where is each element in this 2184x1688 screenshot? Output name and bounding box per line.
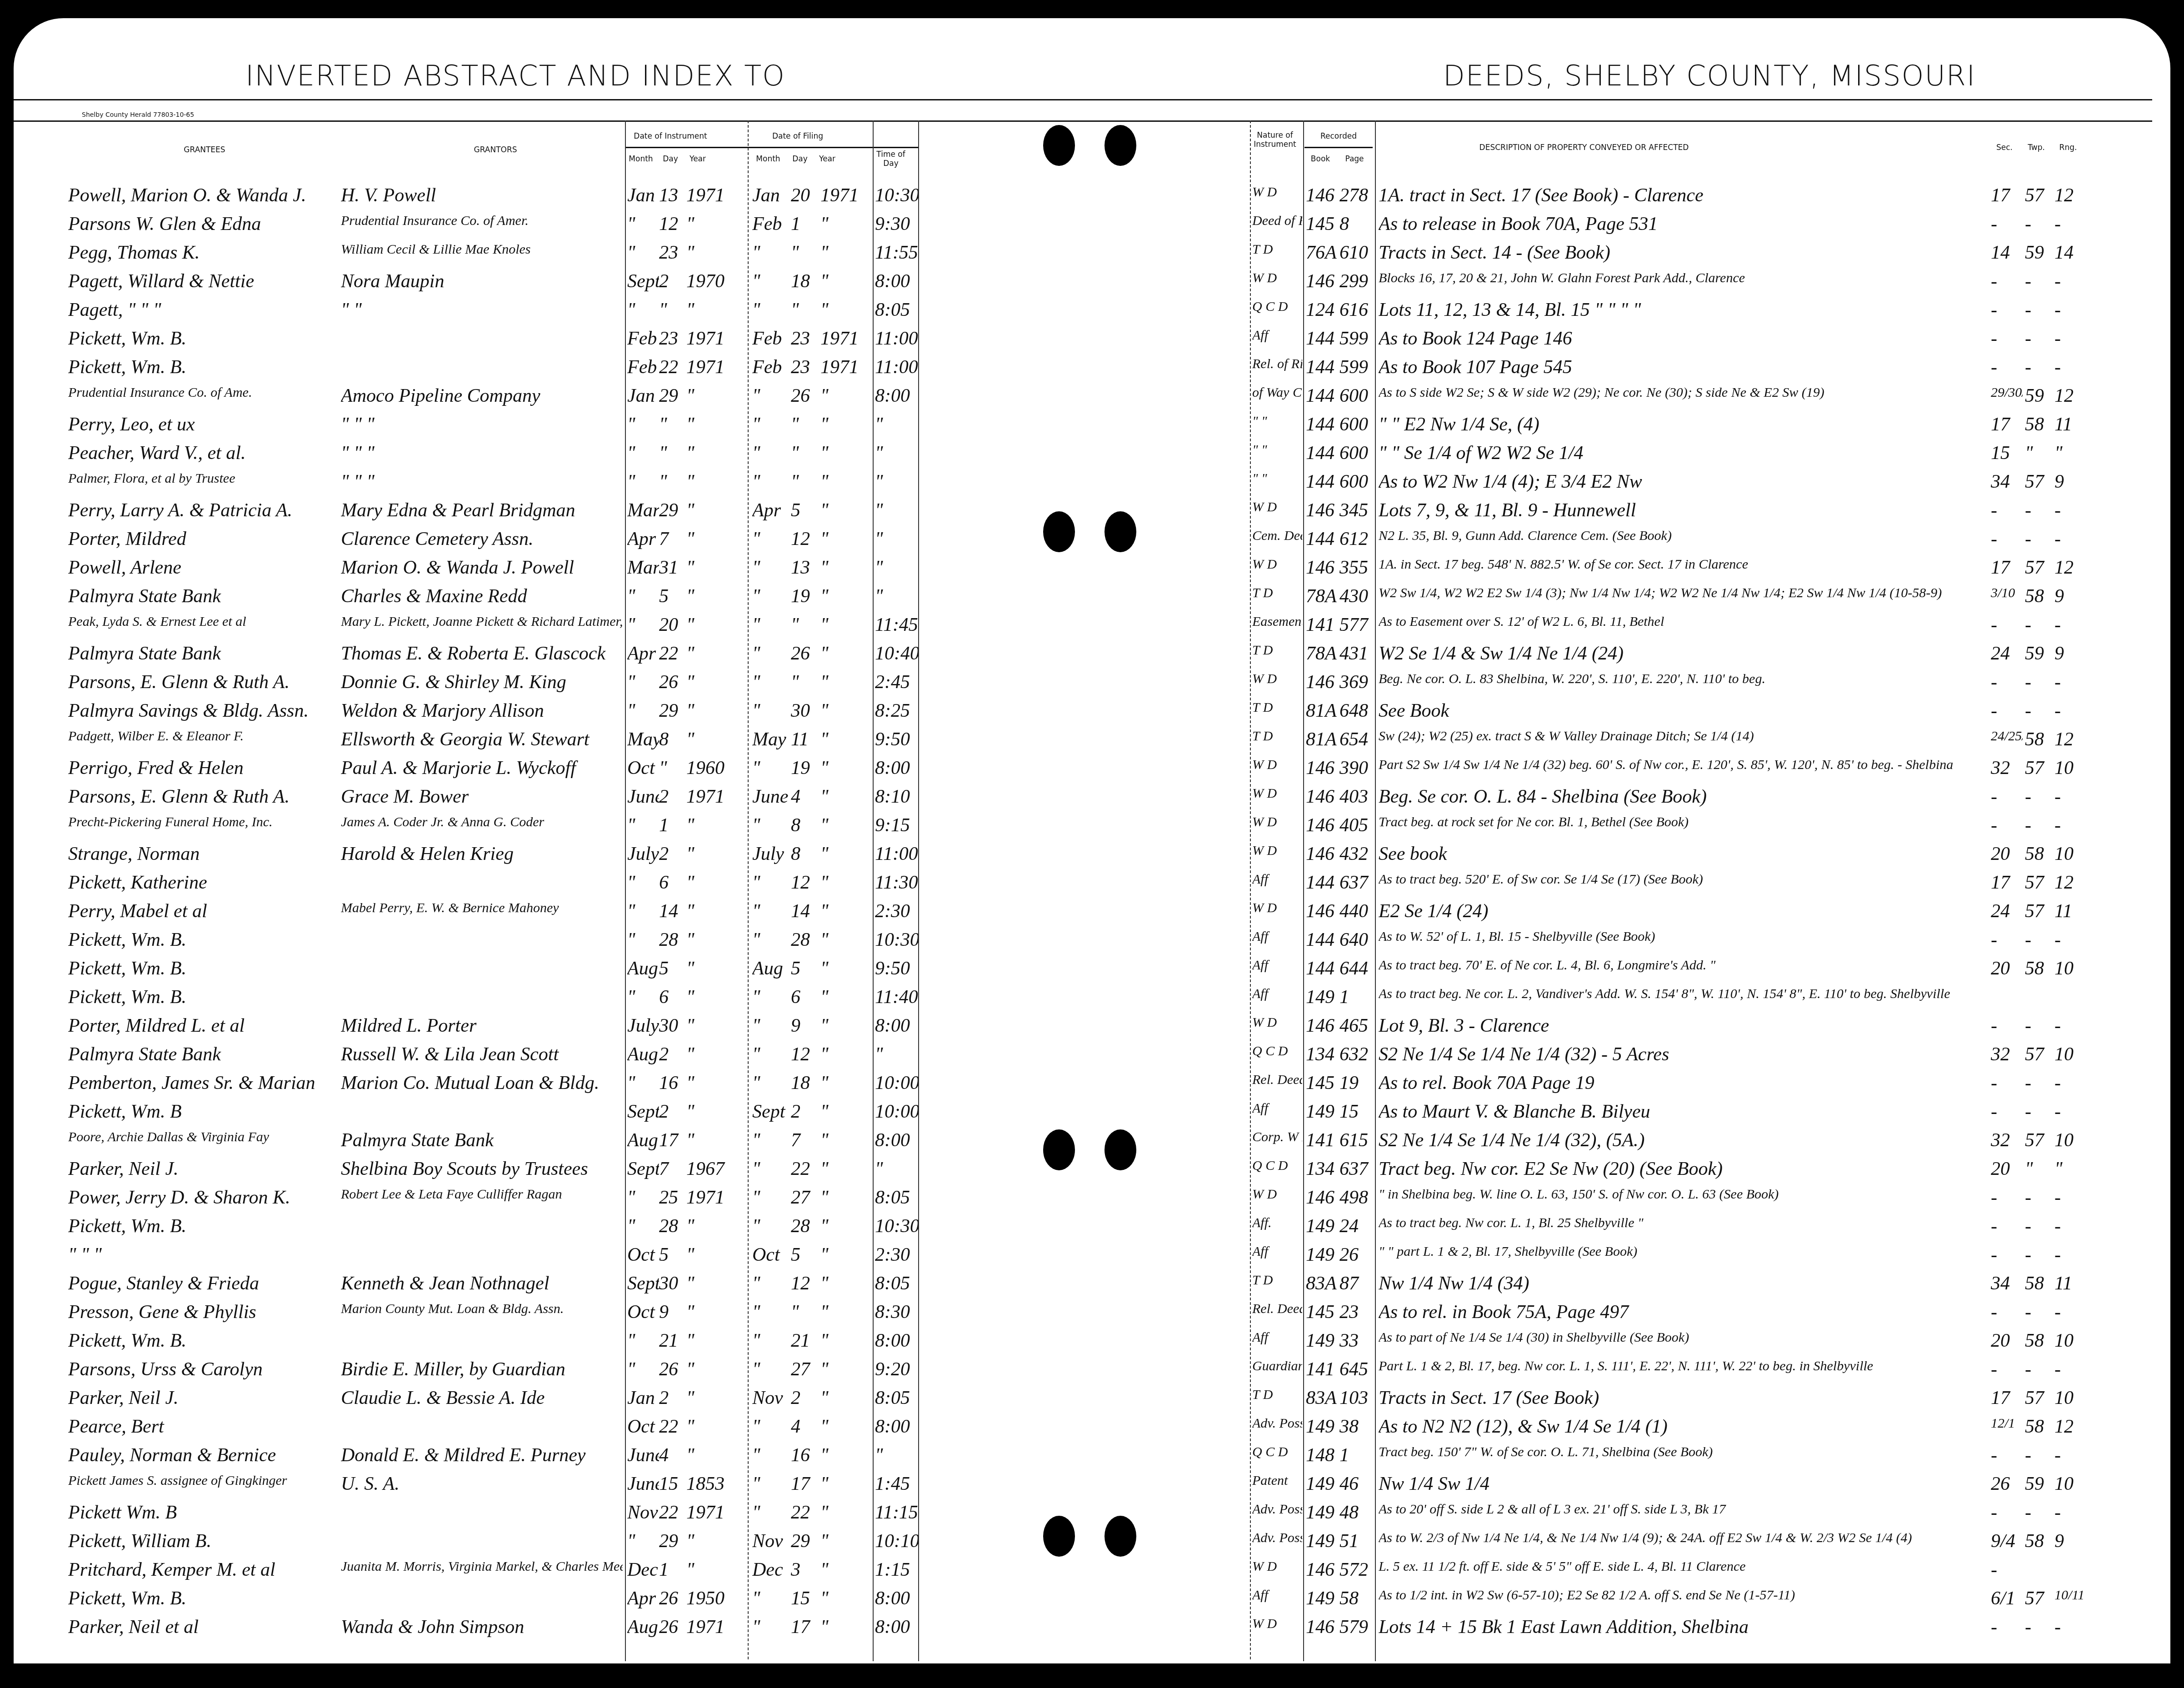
nature-of-instrument: Rel. Deed [1252, 1301, 1302, 1317]
grantee-cell: Perry, Leo, et ux [68, 414, 336, 435]
property-description: Nw 1/4 Sw 1/4 [1379, 1473, 1988, 1495]
instrument-year: 1960 [686, 757, 745, 779]
book-number: 141 [1306, 614, 1338, 636]
grantee-cell: Presson, Gene & Phyllis [68, 1301, 336, 1323]
time-of-day: 1:45 [875, 1473, 918, 1495]
range: - [2054, 213, 2086, 235]
range: 9 [2054, 1530, 2086, 1552]
binder-hole [1043, 125, 1075, 166]
page-number: 46 [1339, 1473, 1374, 1495]
time-of-day: 1:15 [875, 1559, 918, 1581]
instrument-day: 8 [659, 729, 686, 750]
instrument-day: 1 [659, 814, 686, 836]
grantor-cell: Shelbina Boy Scouts by Trustees [341, 1158, 623, 1180]
section: 6/1 [1991, 1588, 2023, 1609]
table-row: Pickett Wm. BNov221971"22"11:15 [14, 1499, 1095, 1529]
township: 57 [2025, 900, 2052, 922]
grantee-cell: Parsons, E. Glenn & Ruth A. [68, 671, 336, 693]
nature-of-instrument: Rel. Deed [1252, 1072, 1302, 1088]
grantee-cell: Pauley, Norman & Bernice [68, 1444, 336, 1466]
range: 11 [2054, 900, 2086, 922]
time-of-day: 8:00 [875, 1588, 918, 1609]
filing-month: " [752, 528, 789, 550]
nature-of-instrument: W D [1252, 814, 1302, 830]
grantee-cell: Pickett, Wm. B. [68, 356, 336, 378]
nature-of-instrument: W D [1252, 757, 1302, 773]
table-row: Q C D1481Tract beg. 150' 7" W. of Se cor… [1089, 1442, 2170, 1472]
instrument-year: 1971 [686, 786, 745, 808]
table-row: Aff144644As to tract beg. 70' E. of Ne c… [1089, 955, 2170, 985]
instrument-day: 5 [659, 958, 686, 979]
filing-month: " [752, 1588, 789, 1609]
instrument-year: " [686, 700, 745, 722]
instrument-day: 29 [659, 700, 686, 722]
book-number: 145 [1306, 1301, 1338, 1323]
property-description: As to 20' off S. side L 2 & all of L 3 e… [1379, 1502, 1988, 1517]
section: - [1991, 1244, 2023, 1266]
filing-month: " [752, 1416, 789, 1438]
instrument-day: 13 [659, 185, 686, 206]
range: - [2054, 1444, 2086, 1466]
filing-month: " [752, 1273, 789, 1294]
time-of-day: " [875, 528, 918, 550]
table-row: Perry, Larry A. & Patricia A.Mary Edna &… [14, 497, 1095, 527]
time-of-day: 8:00 [875, 1616, 918, 1638]
page-number: 58 [1339, 1588, 1374, 1609]
instrument-day: 29 [659, 499, 686, 521]
filing-day: 6 [791, 986, 818, 1008]
filing-year: " [820, 1616, 870, 1638]
filing-day: 12 [791, 872, 818, 894]
filing-year: " [820, 1158, 870, 1180]
filing-year: " [820, 213, 870, 235]
range: 10 [2054, 958, 2086, 979]
instrument-day: 26 [659, 1588, 686, 1609]
instrument-year: " [686, 299, 745, 321]
table-row: Perry, Mabel et alMabel Perry, E. W. & B… [14, 898, 1095, 928]
table-row: Palmyra State BankRussell W. & Lila Jean… [14, 1041, 1095, 1071]
instrument-year: " [686, 1330, 745, 1352]
book-number: 76A [1306, 242, 1338, 264]
table-row: Pickett, Wm. BSept2"Sept2"10:00 [14, 1098, 1095, 1128]
section: - [1991, 1301, 2023, 1323]
section: - [1991, 1015, 2023, 1037]
grantor-cell: Weldon & Marjory Allison [341, 700, 623, 722]
inst-day-header: Day [657, 155, 684, 164]
filing-year: " [820, 843, 870, 865]
nature-of-instrument: W D [1252, 1015, 1302, 1030]
property-description: As to Maurt V. & Blanche B. Bilyeu [1379, 1101, 1988, 1123]
property-description: 1A. tract in Sect. 17 (See Book) - Clare… [1379, 185, 1988, 206]
instrument-day: " [659, 471, 686, 493]
nature-of-instrument: Aff [1252, 1588, 1302, 1603]
time-of-day: 8:00 [875, 1129, 918, 1151]
township: - [2025, 1444, 2052, 1466]
page-number: 600 [1339, 471, 1374, 493]
property-description: Blocks 16, 17, 20 & 21, John W. Glahn Fo… [1379, 270, 1988, 286]
township: 58 [2025, 729, 2052, 750]
property-description: As to W. 2/3 of Nw 1/4 Ne 1/4, & Ne 1/4 … [1379, 1530, 1988, 1546]
instrument-month: " [627, 1187, 659, 1209]
time-of-day: 8:30 [875, 1301, 918, 1323]
instrument-year: " [686, 1559, 745, 1581]
time-of-day: 11:15 [875, 1502, 918, 1523]
instrument-month: " [627, 414, 659, 435]
filing-month: " [752, 814, 789, 836]
filing-day: 8 [791, 814, 818, 836]
filing-year: " [820, 1588, 870, 1609]
page-number: 430 [1339, 585, 1374, 607]
filing-day: 17 [791, 1616, 818, 1638]
section: - [1991, 528, 2023, 550]
instrument-year: 1971 [686, 1616, 745, 1638]
time-of-day: 11:30 [875, 872, 918, 894]
property-description: As to tract beg. 70' E. of Ne cor. L. 4,… [1379, 958, 1988, 973]
township: - [2025, 270, 2052, 292]
table-row: " " "Oct5"Oct5"2:30 [14, 1241, 1095, 1271]
township: - [2025, 1358, 2052, 1380]
range: 11 [2054, 414, 2086, 435]
filing-year: " [820, 270, 870, 292]
instrument-month: " [627, 986, 659, 1008]
instrument-month: Apr [627, 1588, 659, 1609]
time-of-day: 2:45 [875, 671, 918, 693]
time-of-day: " [875, 1444, 918, 1466]
filing-year: " [820, 1559, 870, 1581]
time-of-day: 2:30 [875, 1244, 918, 1266]
filing-month: " [752, 1358, 789, 1380]
page-number: 577 [1339, 614, 1374, 636]
table-row: Perry, Leo, et ux" " """""""" [14, 411, 1095, 441]
page-number: 345 [1339, 499, 1374, 521]
page-number: 15 [1339, 1101, 1374, 1123]
township: 58 [2025, 843, 2052, 865]
page-number: 498 [1339, 1187, 1374, 1209]
instrument-day: 7 [659, 528, 686, 550]
township: - [2025, 1072, 2052, 1094]
table-row: Adv. Poss. Aff.14951As to W. 2/3 of Nw 1… [1089, 1528, 2170, 1558]
page-number: 610 [1339, 242, 1374, 264]
filing-month: " [752, 1072, 789, 1094]
filing-day: 21 [791, 1330, 818, 1352]
grantee-cell: Perry, Mabel et al [68, 900, 336, 922]
sec-header: Sec. [1991, 143, 2018, 152]
filing-year: " [820, 929, 870, 951]
nature-of-instrument: Guardian's Deed [1252, 1358, 1302, 1374]
book-number: 146 [1306, 1015, 1338, 1037]
filing-year: " [820, 700, 870, 722]
instrument-day: " [659, 299, 686, 321]
instrument-day: 29 [659, 1530, 686, 1552]
filing-year: " [820, 1387, 870, 1409]
page-number: 1 [1339, 1444, 1374, 1466]
range: 12 [2054, 872, 2086, 894]
file-year-header: Year [814, 155, 841, 164]
file-day-header: Day [786, 155, 814, 164]
section: 17 [1991, 872, 2023, 894]
nature-of-instrument: Q C D [1252, 1044, 1302, 1059]
instrument-year: 1971 [686, 356, 745, 378]
printer-mark: Shelby County Herald 77803-10-65 [82, 111, 194, 119]
date-of-instrument-header: Date of Instrument [625, 132, 716, 141]
property-description: Beg. Se cor. O. L. 84 - Shelbina (See Bo… [1379, 786, 1988, 808]
table-row: Peacher, Ward V., et al." " """""""" [14, 439, 1095, 469]
range: - [2054, 700, 2086, 722]
instrument-month: " [627, 585, 659, 607]
grantee-cell: Perry, Larry A. & Patricia A. [68, 499, 336, 521]
time-of-day: 9:20 [875, 1358, 918, 1380]
range: - [2054, 1215, 2086, 1237]
page-number: 599 [1339, 356, 1374, 378]
filing-day: " [791, 671, 818, 693]
file-month-header: Month [752, 155, 784, 164]
grantee-cell: Perrigo, Fred & Helen [68, 757, 336, 779]
instrument-day: 26 [659, 1358, 686, 1380]
table-row: W D146345Lots 7, 9, & 11, Bl. 9 - Hunnew… [1089, 497, 2170, 527]
filing-year: " [820, 385, 870, 407]
filing-year: " [820, 986, 870, 1008]
instrument-day: 23 [659, 328, 686, 350]
instrument-month: Oct [627, 1244, 659, 1266]
range: - [2054, 614, 2086, 636]
grantor-cell: " " [341, 299, 623, 321]
page-number: 23 [1339, 1301, 1374, 1323]
nature-of-instrument: Aff [1252, 1330, 1302, 1345]
table-row: W D146369Beg. Ne cor. O. L. 83 Shelbina,… [1089, 669, 2170, 699]
section: 20 [1991, 843, 2023, 865]
range: - [2054, 1072, 2086, 1094]
range: 10 [2054, 1473, 2086, 1495]
instrument-year: " [686, 1015, 745, 1037]
filing-year: " [820, 442, 870, 464]
filing-day: 28 [791, 1215, 818, 1237]
table-row: Parsons, E. Glenn & Ruth A.Grace M. Bowe… [14, 783, 1095, 813]
filing-month: " [752, 557, 789, 579]
instrument-month: Sept [627, 1273, 659, 1294]
property-description: As to part of Ne 1/4 Se 1/4 (30) in Shel… [1379, 1330, 1988, 1345]
book-header: Book [1304, 155, 1336, 164]
instrument-year: " [686, 1273, 745, 1294]
township: - [2025, 528, 2052, 550]
filing-month: " [752, 872, 789, 894]
table-row: Pickett, Wm. B."6""6"11:40 [14, 984, 1095, 1014]
page-number: 48 [1339, 1502, 1374, 1523]
filing-year: " [820, 585, 870, 607]
binder-hole [1104, 1516, 1136, 1557]
book-number: 134 [1306, 1158, 1338, 1180]
instrument-day: 15 [659, 1473, 686, 1495]
time-of-day: 8:05 [875, 299, 918, 321]
book-number: 124 [1306, 299, 1338, 321]
township: 59 [2025, 242, 2052, 264]
instrument-day: 14 [659, 900, 686, 922]
township: 58 [2025, 1330, 2052, 1352]
range: - [2054, 1244, 2086, 1266]
book-number: 149 [1306, 1244, 1338, 1266]
property-description: As to W. 52' of L. 1, Bl. 15 - Shelbyvil… [1379, 929, 1988, 944]
table-row: Adv. Poss. Aff.14938As to N2 N2 (12), & … [1089, 1413, 2170, 1443]
filing-year: " [820, 1273, 870, 1294]
instrument-day: 29 [659, 385, 686, 407]
grantee-cell: Peacher, Ward V., et al. [68, 442, 336, 464]
grantee-cell: Palmyra State Bank [68, 585, 336, 607]
township: - [2025, 614, 2052, 636]
instrument-day: 2 [659, 786, 686, 808]
township: - [2025, 1187, 2052, 1209]
page-number: 654 [1339, 729, 1374, 750]
range: 10 [2054, 757, 2086, 779]
section: 15 [1991, 442, 2023, 464]
table-row: T D78A431W2 Se 1/4 & Sw 1/4 Ne 1/4 (24)2… [1089, 640, 2170, 670]
filing-day: " [791, 299, 818, 321]
nature-of-instrument: Aff [1252, 872, 1302, 887]
header-rule [1089, 99, 2152, 100]
table-row: Precht-Pickering Funeral Home, Inc.James… [14, 812, 1095, 842]
filing-month: " [752, 242, 789, 264]
book-number: 144 [1306, 385, 1338, 407]
township: 57 [2025, 1129, 2052, 1151]
table-row: Pickett, Wm. B.Aug5"Aug5"9:50 [14, 955, 1095, 985]
filing-year: " [820, 557, 870, 579]
filing-day: 19 [791, 757, 818, 779]
instrument-day: 30 [659, 1273, 686, 1294]
instrument-day: " [659, 442, 686, 464]
range: - [2054, 671, 2086, 693]
range: - [2054, 1502, 2086, 1523]
grantor-cell: Donnie G. & Shirley M. King [341, 671, 623, 693]
grantee-cell: Precht-Pickering Funeral Home, Inc. [68, 814, 336, 830]
instrument-year: 1971 [686, 185, 745, 206]
grantor-cell: Birdie E. Miller, by Guardian [341, 1358, 623, 1380]
page-number: 8 [1339, 213, 1374, 235]
instrument-month: " [627, 442, 659, 464]
section: - [1991, 299, 2023, 321]
filing-year: " [820, 1015, 870, 1037]
filing-month: " [752, 385, 789, 407]
table-row: Parsons, E. Glenn & Ruth A.Donnie G. & S… [14, 669, 1095, 699]
township: - [2025, 213, 2052, 235]
grantor-cell: Russell W. & Lila Jean Scott [341, 1044, 623, 1065]
table-row: Aff14958As to 1/2 int. in W2 Sw (6-57-10… [1089, 1585, 2170, 1615]
instrument-month: July [627, 843, 659, 865]
instrument-year: 1967 [686, 1158, 745, 1180]
filing-month: " [752, 414, 789, 435]
table-row: Pickett, Wm. B.Feb231971Feb23197111:00 [14, 325, 1095, 355]
filing-month: " [752, 1301, 789, 1323]
header-rule [14, 99, 1095, 100]
township: - [2025, 1502, 2052, 1523]
table-row: T D76A610Tracts in Sect. 14 - (See Book)… [1089, 239, 2170, 269]
nature-of-instrument: W D [1252, 557, 1302, 572]
page-number: 405 [1339, 814, 1374, 836]
filing-month: Jan [752, 185, 789, 206]
table-row: Pickett James S. assignee of GingkingerU… [14, 1470, 1095, 1500]
time-of-day: 10:30 [875, 1215, 918, 1237]
grantee-cell: Poore, Archie Dallas & Virginia Fay [68, 1129, 336, 1145]
instrument-month: " [627, 299, 659, 321]
range: 10 [2054, 1129, 2086, 1151]
property-description: " in Shelbina beg. W. line O. L. 63, 150… [1379, 1187, 1988, 1202]
instrument-year: " [686, 671, 745, 693]
page-number: 572 [1339, 1559, 1374, 1581]
instrument-year: " [686, 1358, 745, 1380]
range: " [2054, 442, 2086, 464]
grantor-cell: Harold & Helen Krieg [341, 843, 623, 865]
section: - [1991, 1072, 2023, 1094]
grantor-cell: Mary Edna & Pearl Bridgman [341, 499, 623, 521]
table-row: Guardian's Deed141645Part L. 1 & 2, Bl. … [1089, 1356, 2170, 1386]
nature-of-instrument: Easement [1252, 614, 1302, 629]
section: - [1991, 1444, 2023, 1466]
table-row: W D146465Lot 9, Bl. 3 - Clarence--- [1089, 1012, 2170, 1042]
filing-year: " [820, 471, 870, 493]
table-row: Pickett, Wm. B."28""28"10:30 [14, 1213, 1095, 1243]
township: - [2025, 786, 2052, 808]
page-number: 26 [1339, 1244, 1374, 1266]
page-number: 579 [1339, 1616, 1374, 1638]
page-number: 637 [1339, 1158, 1374, 1180]
page-number: 369 [1339, 671, 1374, 693]
table-row: Pickett, Wm. B."28""28"10:30 [14, 926, 1095, 956]
table-row: Pemberton, James Sr. & MarianMarion Co. … [14, 1069, 1095, 1099]
book-number: 81A [1306, 700, 1338, 722]
filing-year: 1971 [820, 356, 870, 378]
grantor-cell: Mary L. Pickett, Joanne Pickett & Richar… [341, 614, 623, 629]
filing-day: 30 [791, 700, 818, 722]
instrument-day: 2 [659, 270, 686, 292]
range: 11 [2054, 1273, 2086, 1294]
header-rule [1089, 120, 2152, 122]
page-header: Page [1339, 155, 1370, 164]
instrument-year: 1950 [686, 1588, 745, 1609]
filing-day: 26 [791, 643, 818, 664]
filing-year: " [820, 729, 870, 750]
section: 24 [1991, 643, 2023, 664]
table-row: Rel. Deed14523As to rel. in Book 75A, Pa… [1089, 1298, 2170, 1328]
instrument-month: Aug [627, 1616, 659, 1638]
right-page-title: DEEDS, SHELBY COUNTY, MISSOURI [1443, 59, 1976, 92]
property-description: " " part L. 1 & 2, Bl. 17, Shelbyville (… [1379, 1244, 1988, 1259]
filing-year: " [820, 1044, 870, 1065]
section: 24 [1991, 900, 2023, 922]
table-row: Aff14926" " part L. 1 & 2, Bl. 17, Shelb… [1089, 1241, 2170, 1271]
property-description: Tract beg. Nw cor. E2 Se Nw (20) (See Bo… [1379, 1158, 1988, 1180]
filing-year: " [820, 1301, 870, 1323]
section: 17 [1991, 414, 2023, 435]
section: 24/25/14 [1991, 729, 2023, 744]
instrument-month: Nov [627, 1502, 659, 1523]
book-number: 149 [1306, 1530, 1338, 1552]
time-of-day: 10:30 [875, 185, 918, 206]
instrument-year: " [686, 643, 745, 664]
instrument-day: 9 [659, 1301, 686, 1323]
grantee-cell: Pickett, Wm. B. [68, 958, 336, 979]
filing-day: " [791, 442, 818, 464]
grantor-cell: Ellsworth & Georgia W. Stewart [341, 729, 623, 750]
page-number: 612 [1339, 528, 1374, 550]
table-row: Perrigo, Fred & HelenPaul A. & Marjorie … [14, 754, 1095, 784]
grantor-cell: U. S. A. [341, 1473, 623, 1495]
page-number: 355 [1339, 557, 1374, 579]
time-of-day: 8:00 [875, 270, 918, 292]
page-number: 440 [1339, 900, 1374, 922]
property-description: As to tract beg. Ne cor. L. 2, Vandiver'… [1379, 986, 1988, 1002]
grantor-cell: Robert Lee & Leta Faye Culliffer Ragan [341, 1187, 623, 1202]
instrument-year: " [686, 1129, 745, 1151]
nature-of-instrument: Rel. of Right [1252, 356, 1302, 372]
instrument-year: " [686, 442, 745, 464]
filing-month: " [752, 1473, 789, 1495]
